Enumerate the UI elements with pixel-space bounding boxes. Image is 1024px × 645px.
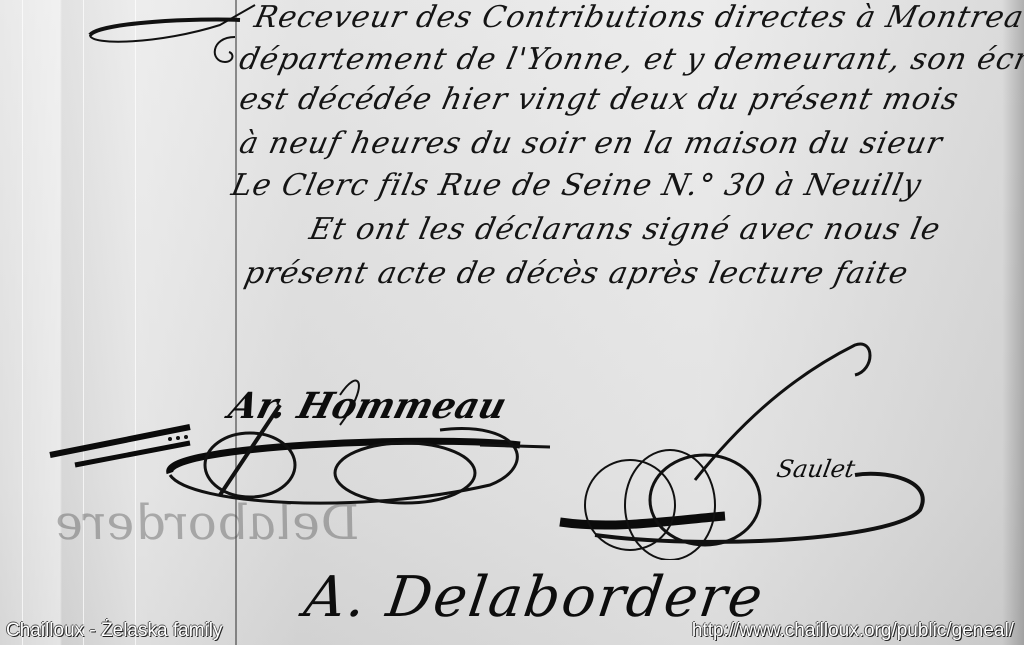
document-line-1: Receveur des Contributions directes à Mo… <box>251 0 1024 35</box>
page-edge-shadow <box>1002 0 1024 645</box>
signature-right: Saulet <box>775 455 858 483</box>
document-line-5: Le Clerc fils Rue de Seine N.° 30 à Neui… <box>228 168 925 203</box>
watermark-family-name: Chailloux - Żelaska family <box>6 620 222 642</box>
paper-fold-line <box>22 0 23 645</box>
document-line-6: Et ont les déclarans signé avec nous le <box>306 212 944 247</box>
signature-paraph-right <box>555 340 935 560</box>
signature-left: Ar. Hommeau <box>224 385 511 427</box>
document-line-4: à neuf heures du soir en la maison du si… <box>236 126 946 161</box>
document-line-3: est décédée hier vingt deux du présent m… <box>236 82 962 117</box>
document-line-2: département de l'Yonne, et y demeurant, … <box>236 42 1024 77</box>
scanned-document-page: Receveur des Contributions directes à Mo… <box>0 0 1024 645</box>
watermark-url: http://www.chailloux.org/public/geneal/ <box>692 620 1014 642</box>
document-line-7: présent acte de décès après lecture fait… <box>241 256 911 291</box>
